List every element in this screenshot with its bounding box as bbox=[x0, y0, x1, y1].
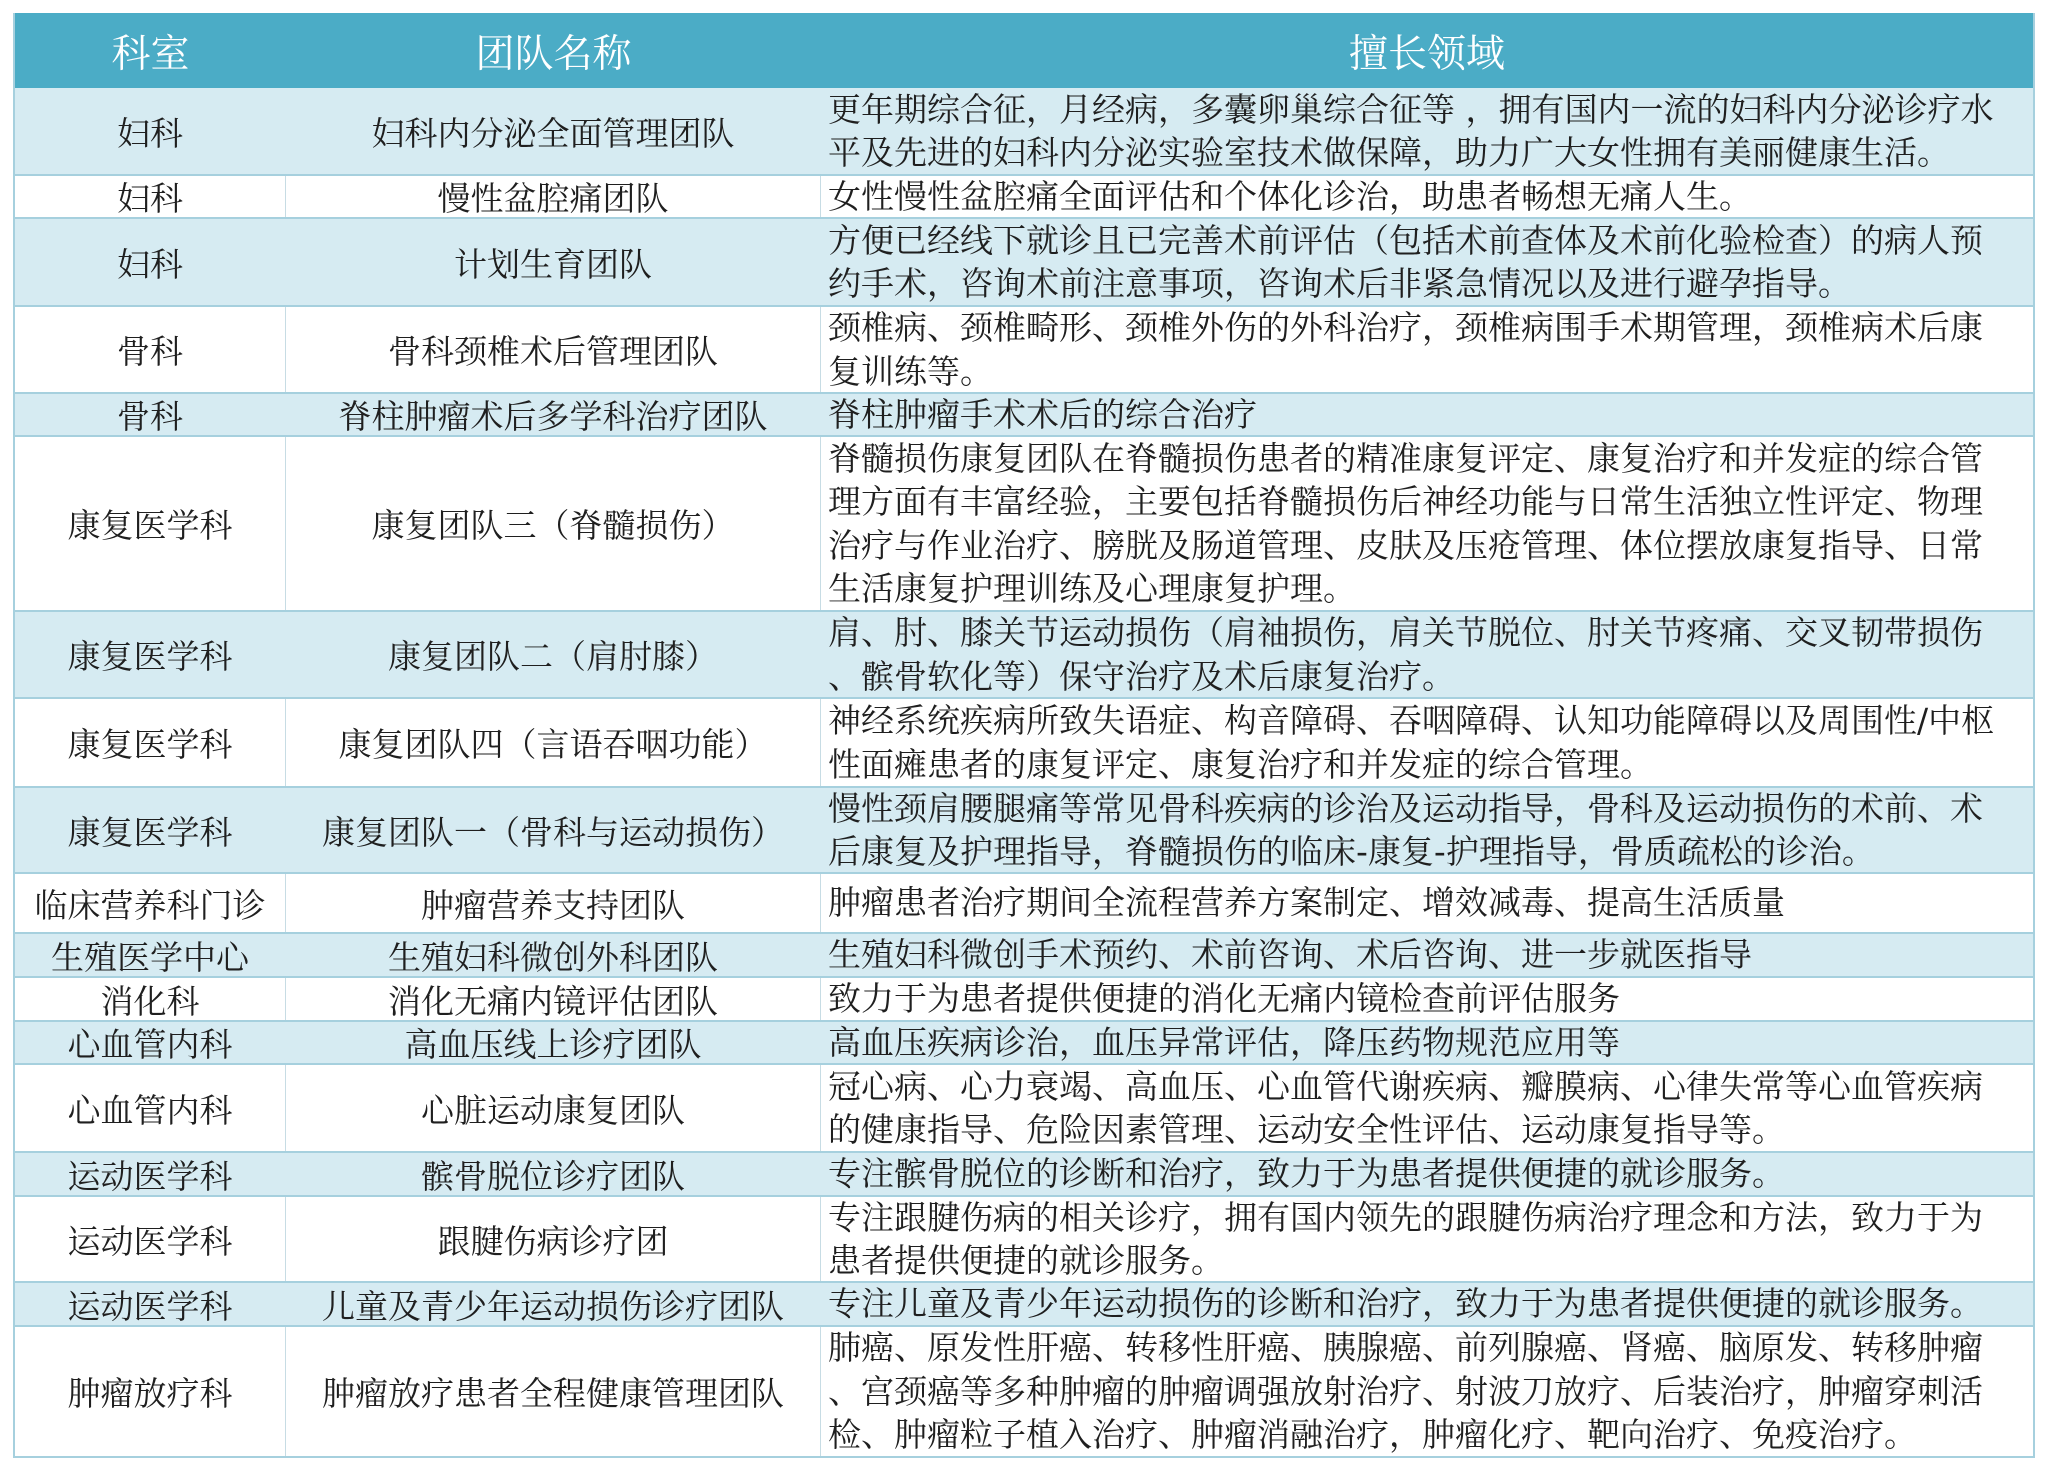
department-cell: 运动医学科 bbox=[15, 1153, 286, 1195]
header-department: 科室 bbox=[15, 13, 286, 88]
department-cell: 康复医学科 bbox=[15, 788, 286, 872]
expertise-cell: 致力于为患者提供便捷的消化无痛内镜检查前评估服务 bbox=[821, 978, 2033, 1020]
table-row: 妇科 慢性盆腔痛团队 女性慢性盆腔痛全面评估和个体化诊治，助患者畅想无痛人生。 bbox=[15, 176, 2033, 219]
table-row: 运动医学科 跟腱伤病诊疗团 专注跟腱伤病的相关诊疗，拥有国内领先的跟腱伤病治疗理… bbox=[15, 1197, 2033, 1283]
department-cell: 骨科 bbox=[15, 307, 286, 392]
expertise-line: 女性慢性盆腔痛全面评估和个体化诊治，助患者畅想无痛人生。 bbox=[828, 176, 1752, 217]
table-row: 妇科 计划生育团队 方便已经线下就诊且已完善术前评估（包括术前查体及术前化验检查… bbox=[15, 219, 2033, 307]
team-name-cell: 髌骨脱位诊疗团队 bbox=[286, 1153, 821, 1195]
table-header-row: 科室 团队名称 擅长领域 bbox=[15, 13, 2033, 88]
department-cell: 生殖医学中心 bbox=[15, 934, 286, 976]
department-cell: 消化科 bbox=[15, 978, 286, 1020]
expertise-line: 生殖妇科微创手术预约、术前咨询、术后咨询、进一步就医指导 bbox=[828, 934, 1752, 976]
table-row: 肿瘤放疗科 肿瘤放疗患者全程健康管理团队 肺癌、原发性肝癌、转移性肝癌、胰腺癌、… bbox=[15, 1327, 2033, 1458]
team-name-cell: 跟腱伤病诊疗团 bbox=[286, 1197, 821, 1281]
department-cell: 妇科 bbox=[15, 219, 286, 305]
team-name-cell: 儿童及青少年运动损伤诊疗团队 bbox=[286, 1283, 821, 1325]
expertise-cell: 专注髌骨脱位的诊断和治疗，致力于为患者提供便捷的就诊服务。 bbox=[821, 1153, 2033, 1195]
expertise-cell: 女性慢性盆腔痛全面评估和个体化诊治，助患者畅想无痛人生。 bbox=[821, 176, 2033, 217]
department-cell: 肿瘤放疗科 bbox=[15, 1327, 286, 1456]
table-row: 消化科 消化无痛内镜评估团队 致力于为患者提供便捷的消化无痛内镜检查前评估服务 bbox=[15, 978, 2033, 1022]
team-name-cell: 消化无痛内镜评估团队 bbox=[286, 978, 821, 1020]
expertise-line: 冠心病、心力衰竭、高血压、心血管代谢疾病、瓣膜病、心律失常等心血管疾病 bbox=[828, 1065, 1983, 1108]
table-row: 运动医学科 儿童及青少年运动损伤诊疗团队 专注儿童及青少年运动损伤的诊断和治疗，… bbox=[15, 1283, 2033, 1327]
department-cell: 康复医学科 bbox=[15, 699, 286, 786]
team-name-cell: 脊柱肿瘤术后多学科治疗团队 bbox=[286, 394, 821, 435]
expertise-cell: 慢性颈肩腰腿痛等常见骨科疾病的诊治及运动指导，骨科及运动损伤的术前、术 后康复及… bbox=[821, 788, 2033, 872]
team-name-cell: 康复团队三（脊髓损伤） bbox=[286, 437, 821, 610]
table-row: 康复医学科 康复团队一（骨科与运动损伤） 慢性颈肩腰腿痛等常见骨科疾病的诊治及运… bbox=[15, 788, 2033, 874]
expertise-line: 肩、肘、膝关节运动损伤（肩袖损伤，肩关节脱位、肘关节疼痛、交叉韧带损伤 bbox=[828, 612, 1983, 655]
department-cell: 临床营养科门诊 bbox=[15, 874, 286, 932]
expertise-cell: 冠心病、心力衰竭、高血压、心血管代谢疾病、瓣膜病、心律失常等心血管疾病 的健康指… bbox=[821, 1065, 2033, 1151]
expertise-line: 肺癌、原发性肝癌、转移性肝癌、胰腺癌、前列腺癌、肾癌、脑原发、转移肿瘤 bbox=[828, 1327, 1983, 1370]
expertise-cell: 肿瘤患者治疗期间全流程营养方案制定、增效减毒、提高生活质量 bbox=[821, 874, 2033, 932]
table-row: 骨科 骨科颈椎术后管理团队 颈椎病、颈椎畸形、颈椎外伤的外科治疗，颈椎病围手术期… bbox=[15, 307, 2033, 394]
expertise-line: 、髌骨软化等）保守治疗及术后康复治疗。 bbox=[828, 655, 1983, 698]
team-name-cell: 心脏运动康复团队 bbox=[286, 1065, 821, 1151]
expertise-cell: 生殖妇科微创手术预约、术前咨询、术后咨询、进一步就医指导 bbox=[821, 934, 2033, 976]
expertise-line: 专注髌骨脱位的诊断和治疗，致力于为患者提供便捷的就诊服务。 bbox=[828, 1153, 1785, 1195]
department-cell: 康复医学科 bbox=[15, 612, 286, 697]
department-cell: 妇科 bbox=[15, 88, 286, 174]
team-name-cell: 康复团队一（骨科与运动损伤） bbox=[286, 788, 821, 872]
team-name-cell: 康复团队四（言语吞咽功能） bbox=[286, 699, 821, 786]
expertise-line: 约手术，咨询术前注意事项，咨询术后非紧急情况以及进行避孕指导。 bbox=[828, 262, 1983, 305]
expertise-cell: 肺癌、原发性肝癌、转移性肝癌、胰腺癌、前列腺癌、肾癌、脑原发、转移肿瘤 、宫颈癌… bbox=[821, 1327, 2033, 1456]
expertise-line: 慢性颈肩腰腿痛等常见骨科疾病的诊治及运动指导，骨科及运动损伤的术前、术 bbox=[828, 788, 1983, 830]
department-cell: 心血管内科 bbox=[15, 1065, 286, 1151]
table-row: 康复医学科 康复团队四（言语吞咽功能） 神经系统疾病所致失语症、构音障碍、吞咽障… bbox=[15, 699, 2033, 788]
expertise-line: 脊髓损伤康复团队在脊髓损伤患者的精准康复评定、康复治疗和并发症的综合管 bbox=[828, 437, 1983, 480]
table-row: 临床营养科门诊 肿瘤营养支持团队 肿瘤患者治疗期间全流程营养方案制定、增效减毒、… bbox=[15, 874, 2033, 934]
department-cell: 运动医学科 bbox=[15, 1283, 286, 1325]
expertise-line: 专注跟腱伤病的相关诊疗，拥有国内领先的跟腱伤病治疗理念和方法，致力于为 bbox=[828, 1197, 1983, 1239]
expertise-line: 治疗与作业治疗、膀胱及肠道管理、皮肤及压疮管理、体位摆放康复指导、日常 bbox=[828, 524, 1983, 568]
expertise-line: 颈椎病、颈椎畸形、颈椎外伤的外科治疗，颈椎病围手术期管理，颈椎病术后康 bbox=[828, 307, 1983, 350]
department-cell: 康复医学科 bbox=[15, 437, 286, 610]
expertise-cell: 专注跟腱伤病的相关诊疗，拥有国内领先的跟腱伤病治疗理念和方法，致力于为 患者提供… bbox=[821, 1197, 2033, 1281]
table-row: 心血管内科 高血压线上诊疗团队 高血压疾病诊治，血压异常评估，降压药物规范应用等 bbox=[15, 1022, 2033, 1065]
team-name-cell: 骨科颈椎术后管理团队 bbox=[286, 307, 821, 392]
expertise-cell: 脊髓损伤康复团队在脊髓损伤患者的精准康复评定、康复治疗和并发症的综合管 理方面有… bbox=[821, 437, 2033, 610]
team-name-cell: 肿瘤营养支持团队 bbox=[286, 874, 821, 932]
expertise-line: 更年期综合征，月经病，多囊卵巢综合征等 ，拥有国内一流的妇科内分泌诊疗水 bbox=[828, 88, 1994, 131]
table-row: 康复医学科 康复团队三（脊髓损伤） 脊髓损伤康复团队在脊髓损伤患者的精准康复评定… bbox=[15, 437, 2033, 612]
expertise-line: 平及先进的妇科内分泌实验室技术做保障，助力广大女性拥有美丽健康生活。 bbox=[828, 131, 1994, 174]
expertise-cell: 脊柱肿瘤手术术后的综合治疗 bbox=[821, 394, 2033, 435]
table-row: 生殖医学中心 生殖妇科微创外科团队 生殖妇科微创手术预约、术前咨询、术后咨询、进… bbox=[15, 934, 2033, 978]
expertise-cell: 颈椎病、颈椎畸形、颈椎外伤的外科治疗，颈椎病围手术期管理，颈椎病术后康 复训练等… bbox=[821, 307, 2033, 392]
team-name-cell: 生殖妇科微创外科团队 bbox=[286, 934, 821, 976]
expertise-line: 后康复及护理指导，脊髓损伤的临床-康复-护理指导，骨质疏松的诊治。 bbox=[828, 830, 1983, 872]
expertise-line: 患者提供便捷的就诊服务。 bbox=[828, 1239, 1983, 1281]
expertise-line: 致力于为患者提供便捷的消化无痛内镜检查前评估服务 bbox=[828, 978, 1620, 1020]
table-row: 心血管内科 心脏运动康复团队 冠心病、心力衰竭、高血压、心血管代谢疾病、瓣膜病、… bbox=[15, 1065, 2033, 1153]
department-cell: 骨科 bbox=[15, 394, 286, 435]
expertise-cell: 更年期综合征，月经病，多囊卵巢综合征等 ，拥有国内一流的妇科内分泌诊疗水 平及先… bbox=[821, 88, 2033, 174]
teams-table: 科室 团队名称 擅长领域 妇科 妇科内分泌全面管理团队 更年期综合征，月经病，多… bbox=[13, 13, 2035, 1458]
team-name-cell: 肿瘤放疗患者全程健康管理团队 bbox=[286, 1327, 821, 1456]
expertise-line: 高血压疾病诊治，血压异常评估，降压药物规范应用等 bbox=[828, 1022, 1620, 1063]
team-name-cell: 康复团队二（肩肘膝） bbox=[286, 612, 821, 697]
expertise-line: 生活康复护理训练及心理康复护理。 bbox=[828, 567, 1983, 610]
team-name-cell: 妇科内分泌全面管理团队 bbox=[286, 88, 821, 174]
expertise-cell: 肩、肘、膝关节运动损伤（肩袖损伤，肩关节脱位、肘关节疼痛、交叉韧带损伤 、髌骨软… bbox=[821, 612, 2033, 697]
expertise-line: 性面瘫患者的康复评定、康复治疗和并发症的综合管理。 bbox=[828, 743, 1994, 787]
table-row: 妇科 妇科内分泌全面管理团队 更年期综合征，月经病，多囊卵巢综合征等 ，拥有国内… bbox=[15, 88, 2033, 176]
expertise-cell: 高血压疾病诊治，血压异常评估，降压药物规范应用等 bbox=[821, 1022, 2033, 1063]
expertise-line: 检、肿瘤粒子植入治疗、肿瘤消融治疗，肿瘤化疗、靶向治疗、免疫治疗。 bbox=[828, 1413, 1983, 1456]
expertise-line: 脊柱肿瘤手术术后的综合治疗 bbox=[828, 394, 1257, 435]
department-cell: 心血管内科 bbox=[15, 1022, 286, 1063]
team-name-cell: 慢性盆腔痛团队 bbox=[286, 176, 821, 217]
table-row: 运动医学科 髌骨脱位诊疗团队 专注髌骨脱位的诊断和治疗，致力于为患者提供便捷的就… bbox=[15, 1153, 2033, 1197]
department-cell: 妇科 bbox=[15, 176, 286, 217]
expertise-line: 复训练等。 bbox=[828, 350, 1983, 393]
team-name-cell: 高血压线上诊疗团队 bbox=[286, 1022, 821, 1063]
expertise-cell: 方便已经线下就诊且已完善术前评估（包括术前查体及术前化验检查）的病人预 约手术，… bbox=[821, 219, 2033, 305]
department-cell: 运动医学科 bbox=[15, 1197, 286, 1281]
expertise-line: 专注儿童及青少年运动损伤的诊断和治疗，致力于为患者提供便捷的就诊服务。 bbox=[828, 1283, 1983, 1325]
expertise-line: 方便已经线下就诊且已完善术前评估（包括术前查体及术前化验检查）的病人预 bbox=[828, 219, 1983, 262]
expertise-cell: 专注儿童及青少年运动损伤的诊断和治疗，致力于为患者提供便捷的就诊服务。 bbox=[821, 1283, 2033, 1325]
team-name-cell: 计划生育团队 bbox=[286, 219, 821, 305]
header-team-name: 团队名称 bbox=[286, 13, 821, 88]
expertise-line: 的健康指导、危险因素管理、运动安全性评估、运动康复指导等。 bbox=[828, 1108, 1983, 1151]
expertise-line: 神经系统疾病所致失语症、构音障碍、吞咽障碍、认知功能障碍以及周围性/中枢 bbox=[828, 699, 1994, 743]
table-row: 康复医学科 康复团队二（肩肘膝） 肩、肘、膝关节运动损伤（肩袖损伤，肩关节脱位、… bbox=[15, 612, 2033, 699]
header-expertise: 擅长领域 bbox=[821, 13, 2033, 88]
expertise-line: 、宫颈癌等多种肿瘤的肿瘤调强放射治疗、射波刀放疗、后装治疗，肿瘤穿刺活 bbox=[828, 1370, 1983, 1414]
expertise-cell: 神经系统疾病所致失语症、构音障碍、吞咽障碍、认知功能障碍以及周围性/中枢 性面瘫… bbox=[821, 699, 2033, 786]
expertise-line: 肿瘤患者治疗期间全流程营养方案制定、增效减毒、提高生活质量 bbox=[828, 881, 1785, 925]
table-row: 骨科 脊柱肿瘤术后多学科治疗团队 脊柱肿瘤手术术后的综合治疗 bbox=[15, 394, 2033, 437]
expertise-line: 理方面有丰富经验，主要包括脊髓损伤后神经功能与日常生活独立性评定、物理 bbox=[828, 480, 1983, 524]
